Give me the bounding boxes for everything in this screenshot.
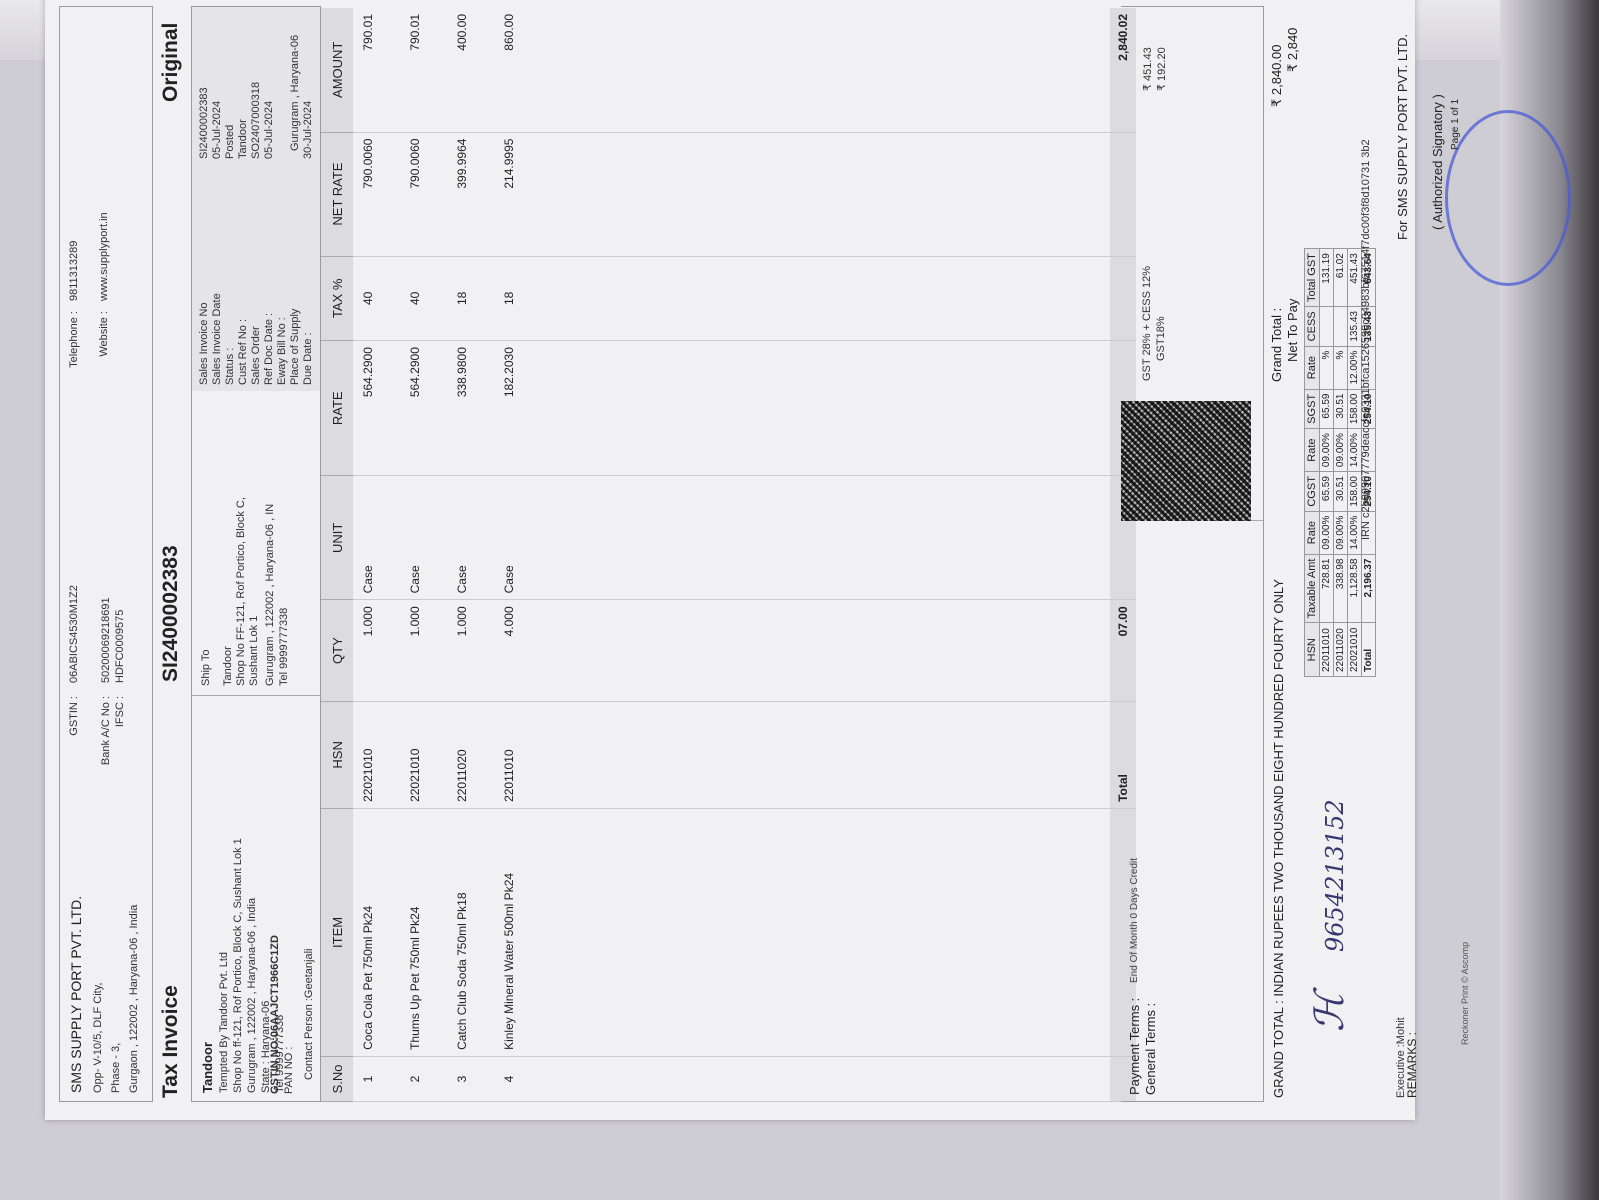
column-header: QTY [321, 600, 353, 701]
net-to-pay-value: ₹ 2,840 [1285, 28, 1301, 72]
gst-cell: 30.51 [1334, 472, 1348, 512]
page-label: Page 1 of 1 [1450, 99, 1461, 150]
gst-column-header: CGST [1305, 472, 1320, 512]
ship-to-heading: Ship To [200, 650, 212, 687]
table-cell: 22011020 [447, 701, 494, 808]
meta-label: Sales Invoice No [198, 302, 210, 385]
bill-to-line: Tempted By Tandoor Pvt. Ltd [218, 952, 230, 1093]
column-header: ITEM [321, 808, 353, 1056]
table-cell: 564.2900 [400, 341, 447, 476]
invoice-document: SMS SUPPLY PORT PVT. LTD. Opp- V-10/5, D… [45, 0, 1415, 1120]
table-cell: 4 [494, 1056, 541, 1101]
column-header: NET RATE [321, 132, 353, 256]
table-row: 4Kinley Mineral Water 500ml Pk2422011010… [494, 8, 541, 1102]
terms-section: Payment Terms : End Of Month 0 Days Cred… [1121, 520, 1263, 1101]
table-cell: 790.0060 [400, 132, 447, 256]
gst-cell: 1,128.58 [1348, 554, 1362, 623]
gst-cell [1320, 307, 1334, 347]
gst-cell: 09.00% [1320, 429, 1334, 472]
table-cell: 22021010 [353, 701, 400, 808]
meta-label: Eway Bill No : [276, 317, 288, 385]
table-cell: 18 [494, 256, 541, 341]
bill-to-pan: PAN NO : [283, 1047, 295, 1094]
gstin-label: GSTIN : [68, 696, 80, 766]
column-header: TAX % [321, 256, 353, 341]
meta-value: SI2400002383 [198, 87, 210, 159]
meta-label: Sales Order [250, 326, 262, 385]
handwritten-signature: ℋ [1307, 992, 1353, 1032]
table-cell: 790.01 [400, 8, 447, 132]
ifsc-label: IFSC : [114, 696, 126, 796]
tax-summary-label: GST18% [1155, 316, 1167, 361]
column-header: RATE [321, 341, 353, 476]
seller-gstin: 06ABICS4530M1Z2 [68, 585, 80, 683]
website-link[interactable]: www.supplyport.in [98, 212, 110, 301]
tax-summary-value: ₹ 192.20 [1155, 47, 1168, 91]
gst-column-header: Rate [1305, 429, 1320, 472]
bill-to-line: Gurugram , 122002 , Haryana-06 , India [246, 898, 258, 1093]
seller-address-2: Phase - 3, [110, 1043, 122, 1093]
remarks-label: REMARKS : [1405, 1032, 1419, 1098]
table-cell: 1.000 [400, 600, 447, 701]
meta-value: Gurugram , Haryana-06 [289, 35, 301, 151]
meta-value: Posted [224, 125, 236, 159]
ship-to-line: Shop No FF-121, Rof Portico, Block C, [235, 497, 247, 686]
table-cell: 860.00 [494, 8, 541, 132]
gst-cell [1334, 307, 1348, 347]
table-cell: 1.000 [447, 600, 494, 701]
gst-cell: 09.00% [1334, 429, 1348, 472]
seller-address-3: Gurgaon , 122002 , Haryana-06 , India [128, 905, 140, 1093]
gst-column-header: SGST [1305, 389, 1320, 429]
general-terms-label: General Terms : [1143, 1003, 1158, 1095]
net-to-pay-label: Net To Pay [1285, 299, 1300, 362]
payment-terms-value: End Of Month 0 Days Credit [1129, 858, 1140, 983]
table-cell: 790.01 [353, 8, 400, 132]
gst-cell: 2,196.37 [1362, 554, 1376, 623]
table-cell: 1 [353, 1056, 400, 1101]
gst-cell: 22021010 [1348, 623, 1362, 677]
document-title: Tax Invoice [159, 985, 183, 1098]
gst-row: 22011020338.9809.00%30.5109.00%30.51%61.… [1334, 249, 1348, 677]
column-header: UNIT [321, 476, 353, 600]
gst-cell: % [1334, 346, 1348, 389]
invoice-number: SI2400002383 [159, 545, 183, 682]
gst-cell: 728.81 [1320, 554, 1334, 623]
table-cell: Kinley Mineral Water 500ml Pk24 [494, 808, 541, 1056]
gst-cell: 61.02 [1334, 249, 1348, 307]
gst-column-header: HSN [1305, 623, 1320, 677]
contact-person: Contact Person :Geetanjali [303, 949, 315, 1080]
table-cell: Coca Cola Pet 750ml Pk24 [353, 808, 400, 1056]
seller-address-1: Opp- V-10/5, DLF City, [92, 983, 104, 1093]
ship-to-line: Sushant Lok 1 [248, 616, 260, 686]
meta-value: 05-Jul-2024 [211, 101, 223, 159]
bill-to-line: Shop No ff-121, Rof Portico, Block C, Su… [232, 838, 244, 1093]
bank-ac: 50200069218691 [100, 597, 112, 683]
gst-cell: 65.59 [1320, 389, 1334, 429]
meta-value: Tandoor [237, 119, 249, 159]
table-cell: Catch Club Soda 750ml Pk18 [447, 808, 494, 1056]
column-header: S.No [321, 1056, 353, 1101]
table-cell: 3 [447, 1056, 494, 1101]
payment-terms-label: Payment Terms : [1127, 998, 1142, 1095]
table-cell: Case [353, 476, 400, 600]
ship-to-line: Tandoor [222, 646, 234, 686]
grand-total-label: Grand Total : [1269, 308, 1284, 382]
items-table: S.NoITEMHSNQTYUNITRATETAX %NET RATEAMOUN… [321, 8, 1136, 1102]
gst-column-header: Total GST [1305, 249, 1320, 307]
gst-cell: % [1320, 346, 1334, 389]
irn-text: IRN c2b99907779deaccfe0331bfca1526590c04… [1360, 139, 1372, 540]
gst-cell: 09.00% [1334, 511, 1348, 554]
meta-label: Ref Doc Date : [263, 313, 275, 385]
telephone-label: Telephone : [68, 311, 80, 401]
meta-label: Sales Invoice Date [211, 293, 223, 385]
telephone: 9811313289 [68, 241, 80, 301]
ifsc: HDFC0009575 [114, 610, 126, 683]
meta-label: Due Date : [302, 332, 314, 385]
header-box: SMS SUPPLY PORT PVT. LTD. Opp- V-10/5, D… [59, 6, 153, 1102]
authorized-signatory: ( Authorized Signatory ) [1430, 94, 1445, 230]
table-cell: 1.000 [353, 600, 400, 701]
table-cell: 790.0060 [353, 132, 400, 256]
table-cell: 2 [400, 1056, 447, 1101]
column-header: AMOUNT [321, 8, 353, 132]
copy-label: Original [159, 23, 183, 102]
gst-cell: 131.19 [1320, 249, 1334, 307]
ship-to-line: Tel 9999777338 [278, 608, 290, 686]
meta-label: Place of Supply [289, 309, 301, 385]
table-cell: Case [400, 476, 447, 600]
table-cell: 400.00 [447, 8, 494, 132]
bill-to-gstin: GSTIN NO:06AAJCT1966C1ZD [269, 935, 281, 1094]
table-cell: 22021010 [400, 701, 447, 808]
table-cell: Case [447, 476, 494, 600]
ship-to-section: Ship To Tandoor Shop No FF-121, Rof Port… [192, 390, 320, 696]
table-cell: 182.2030 [494, 341, 541, 476]
tax-summary-label: GST 28% + CESS 12% [1141, 266, 1153, 381]
bank-ac-label: Bank A/C No : [100, 696, 112, 796]
party-box: Tandoor Tempted By Tandoor Pvt. Ltd Shop… [191, 6, 321, 1102]
meta-label: Status : [224, 348, 236, 385]
table-cell: Case [494, 476, 541, 600]
gst-cell: 22011010 [1320, 623, 1334, 677]
gst-cell: 338.98 [1334, 554, 1348, 623]
table-cell: 18 [447, 256, 494, 341]
meta-value: 30-Jul-2024 [302, 101, 314, 159]
gst-cell: 09.00% [1320, 511, 1334, 554]
bill-to-section: Tandoor Tempted By Tandoor Pvt. Ltd Shop… [192, 695, 320, 1101]
invoice-meta-section: Sales Invoice NoSI2400002383Sales Invoic… [192, 7, 320, 391]
gst-column-header: CESS [1305, 307, 1320, 347]
website-label: Website : [98, 311, 110, 401]
table-cell: 4.000 [494, 600, 541, 701]
meta-value: 05-Jul-2024 [263, 101, 275, 159]
table-cell: 40 [353, 256, 400, 341]
grand-total-value: ₹ 2,840.00 [1269, 45, 1285, 108]
signature-for-text: For SMS SUPPLY PORT PVT. LTD. [1395, 34, 1410, 240]
table-cell: 40 [400, 256, 447, 341]
table-row: 1Coca Cola Pet 750ml Pk24220210101.000Ca… [353, 8, 400, 1102]
gst-row: 22011010728.8109.00%65.5909.00%65.59%131… [1320, 249, 1334, 677]
tax-summary-value: ₹ 451.43 [1141, 47, 1154, 91]
gst-column-header: Rate [1305, 346, 1320, 389]
meta-label: Cust Ref No : [237, 319, 249, 385]
gst-cell: 22011020 [1334, 623, 1348, 677]
gst-cell: 65.59 [1320, 472, 1334, 512]
column-header: HSN [321, 701, 353, 808]
gst-column-header: Rate [1305, 511, 1320, 554]
qr-code [1121, 401, 1251, 521]
table-cell: 338.9800 [447, 341, 494, 476]
table-row: 2Thums Up Pet 750ml Pk24220210101.000Cas… [400, 8, 447, 1102]
table-cell: Thums Up Pet 750ml Pk24 [400, 808, 447, 1056]
gst-cell: 30.51 [1334, 389, 1348, 429]
ship-to-line: Gurugram , 122002 , Haryana-06 , IN [264, 504, 276, 686]
gst-column-header: Taxable Amt [1305, 554, 1320, 623]
seller-name: SMS SUPPLY PORT PVT. LTD. [68, 896, 84, 1093]
handwritten-number: 9654213152 [1321, 799, 1349, 952]
table-row: 3Catch Club Soda 750ml Pk18220110201.000… [447, 8, 494, 1102]
terms-box: Payment Terms : End Of Month 0 Days Cred… [1121, 6, 1264, 1102]
grand-total-words: GRAND TOTAL : INDIAN RUPEES TWO THOUSAND… [1271, 579, 1286, 1098]
table-cell: 399.9964 [447, 132, 494, 256]
stamp-area [1455, 110, 1555, 300]
table-cell: 564.2900 [353, 341, 400, 476]
footer-print: Reckoner Print © Ascomp [1460, 942, 1470, 1045]
table-cell: 214.9995 [494, 132, 541, 256]
gst-cell: Total [1362, 623, 1376, 677]
meta-value: SO2407000318 [250, 82, 262, 159]
table-cell: 22011010 [494, 701, 541, 808]
company-stamp [1445, 110, 1571, 286]
bill-to-name: Tandoor [200, 1042, 215, 1093]
